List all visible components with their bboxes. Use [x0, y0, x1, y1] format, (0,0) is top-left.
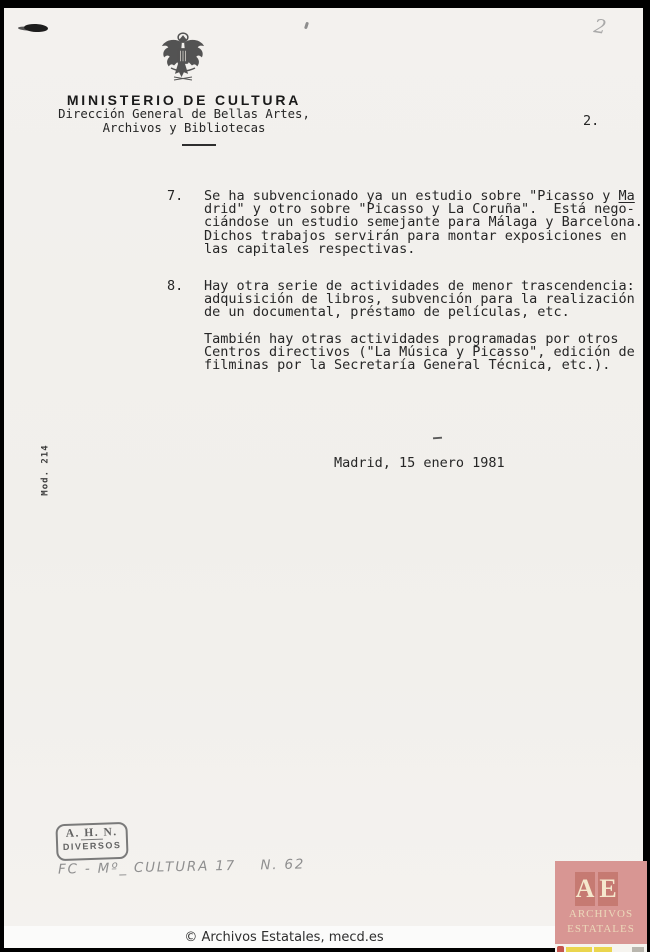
stamp-initials: A. H. N.: [58, 826, 126, 840]
directorate-line1: Dirección General de Bellas Artes,: [19, 108, 349, 122]
form-code-text: Mod. 214: [41, 444, 51, 495]
item-number: 7.: [167, 190, 204, 256]
logo-text-line1: ARCHIVOS: [555, 908, 647, 921]
ministry-wordmark-bar: [566, 947, 592, 952]
stamp-section: DIVERSOS: [58, 840, 126, 852]
logo-initial-e: E: [598, 872, 618, 906]
text-line: de un documental, préstamo de películas,…: [204, 306, 635, 319]
form-code-vertical: Mod. 214: [33, 433, 49, 508]
stray-dash-mark: [433, 437, 442, 440]
directorate-line2: Archivos y Bibliotecas: [19, 122, 349, 136]
list-item-8: 8. Hay otra serie de actividades de meno…: [167, 280, 635, 372]
ink-smudge-mark: [24, 23, 48, 32]
list-item-7: 7. Se ha subvencionado ya un estudio sob…: [167, 190, 643, 256]
ministry-title: MINISTERIO DE CULTURA: [19, 92, 349, 108]
letterhead: MINISTERIO DE CULTURA Dirección General …: [19, 92, 349, 146]
logo-initial-a: A: [575, 872, 595, 906]
ministry-crest-icon: [557, 946, 564, 952]
archivos-estatales-logo: A E ARCHIVOS ESTATALES: [555, 861, 647, 952]
typed-page-number: 2.: [583, 115, 599, 128]
strip-gray-block: [632, 947, 644, 952]
item-text: Se ha subvencionado ya un estudio sobre …: [204, 190, 643, 256]
eagle-emblem-icon: [159, 30, 207, 88]
item-text: Hay otra serie de actividades de menor t…: [204, 280, 635, 372]
handwritten-page-number: 2: [592, 15, 607, 39]
letterhead-rule: [182, 144, 216, 146]
stray-pen-mark: [304, 22, 309, 30]
ministry-wordmark-bar: [594, 947, 612, 952]
logo-initials: A E: [555, 861, 647, 906]
dateline: Madrid, 15 enero 1981: [334, 457, 505, 470]
logo-text-line2: ESTATALES: [555, 923, 647, 936]
scanned-document-page: 2 2. MINISTERIO DE CULTURA Dirección Gen…: [4, 8, 643, 948]
archive-credit: © Archivos Estatales, mecd.es: [4, 930, 564, 945]
text-line: filminas por la Secretaría General Técni…: [204, 359, 635, 372]
text-line: las capitales respectivas.: [204, 243, 643, 256]
item-number: 8.: [167, 280, 204, 372]
ahn-archive-stamp: A. H. N. DIVERSOS: [55, 822, 128, 861]
logo-ministry-strip: [555, 944, 647, 952]
